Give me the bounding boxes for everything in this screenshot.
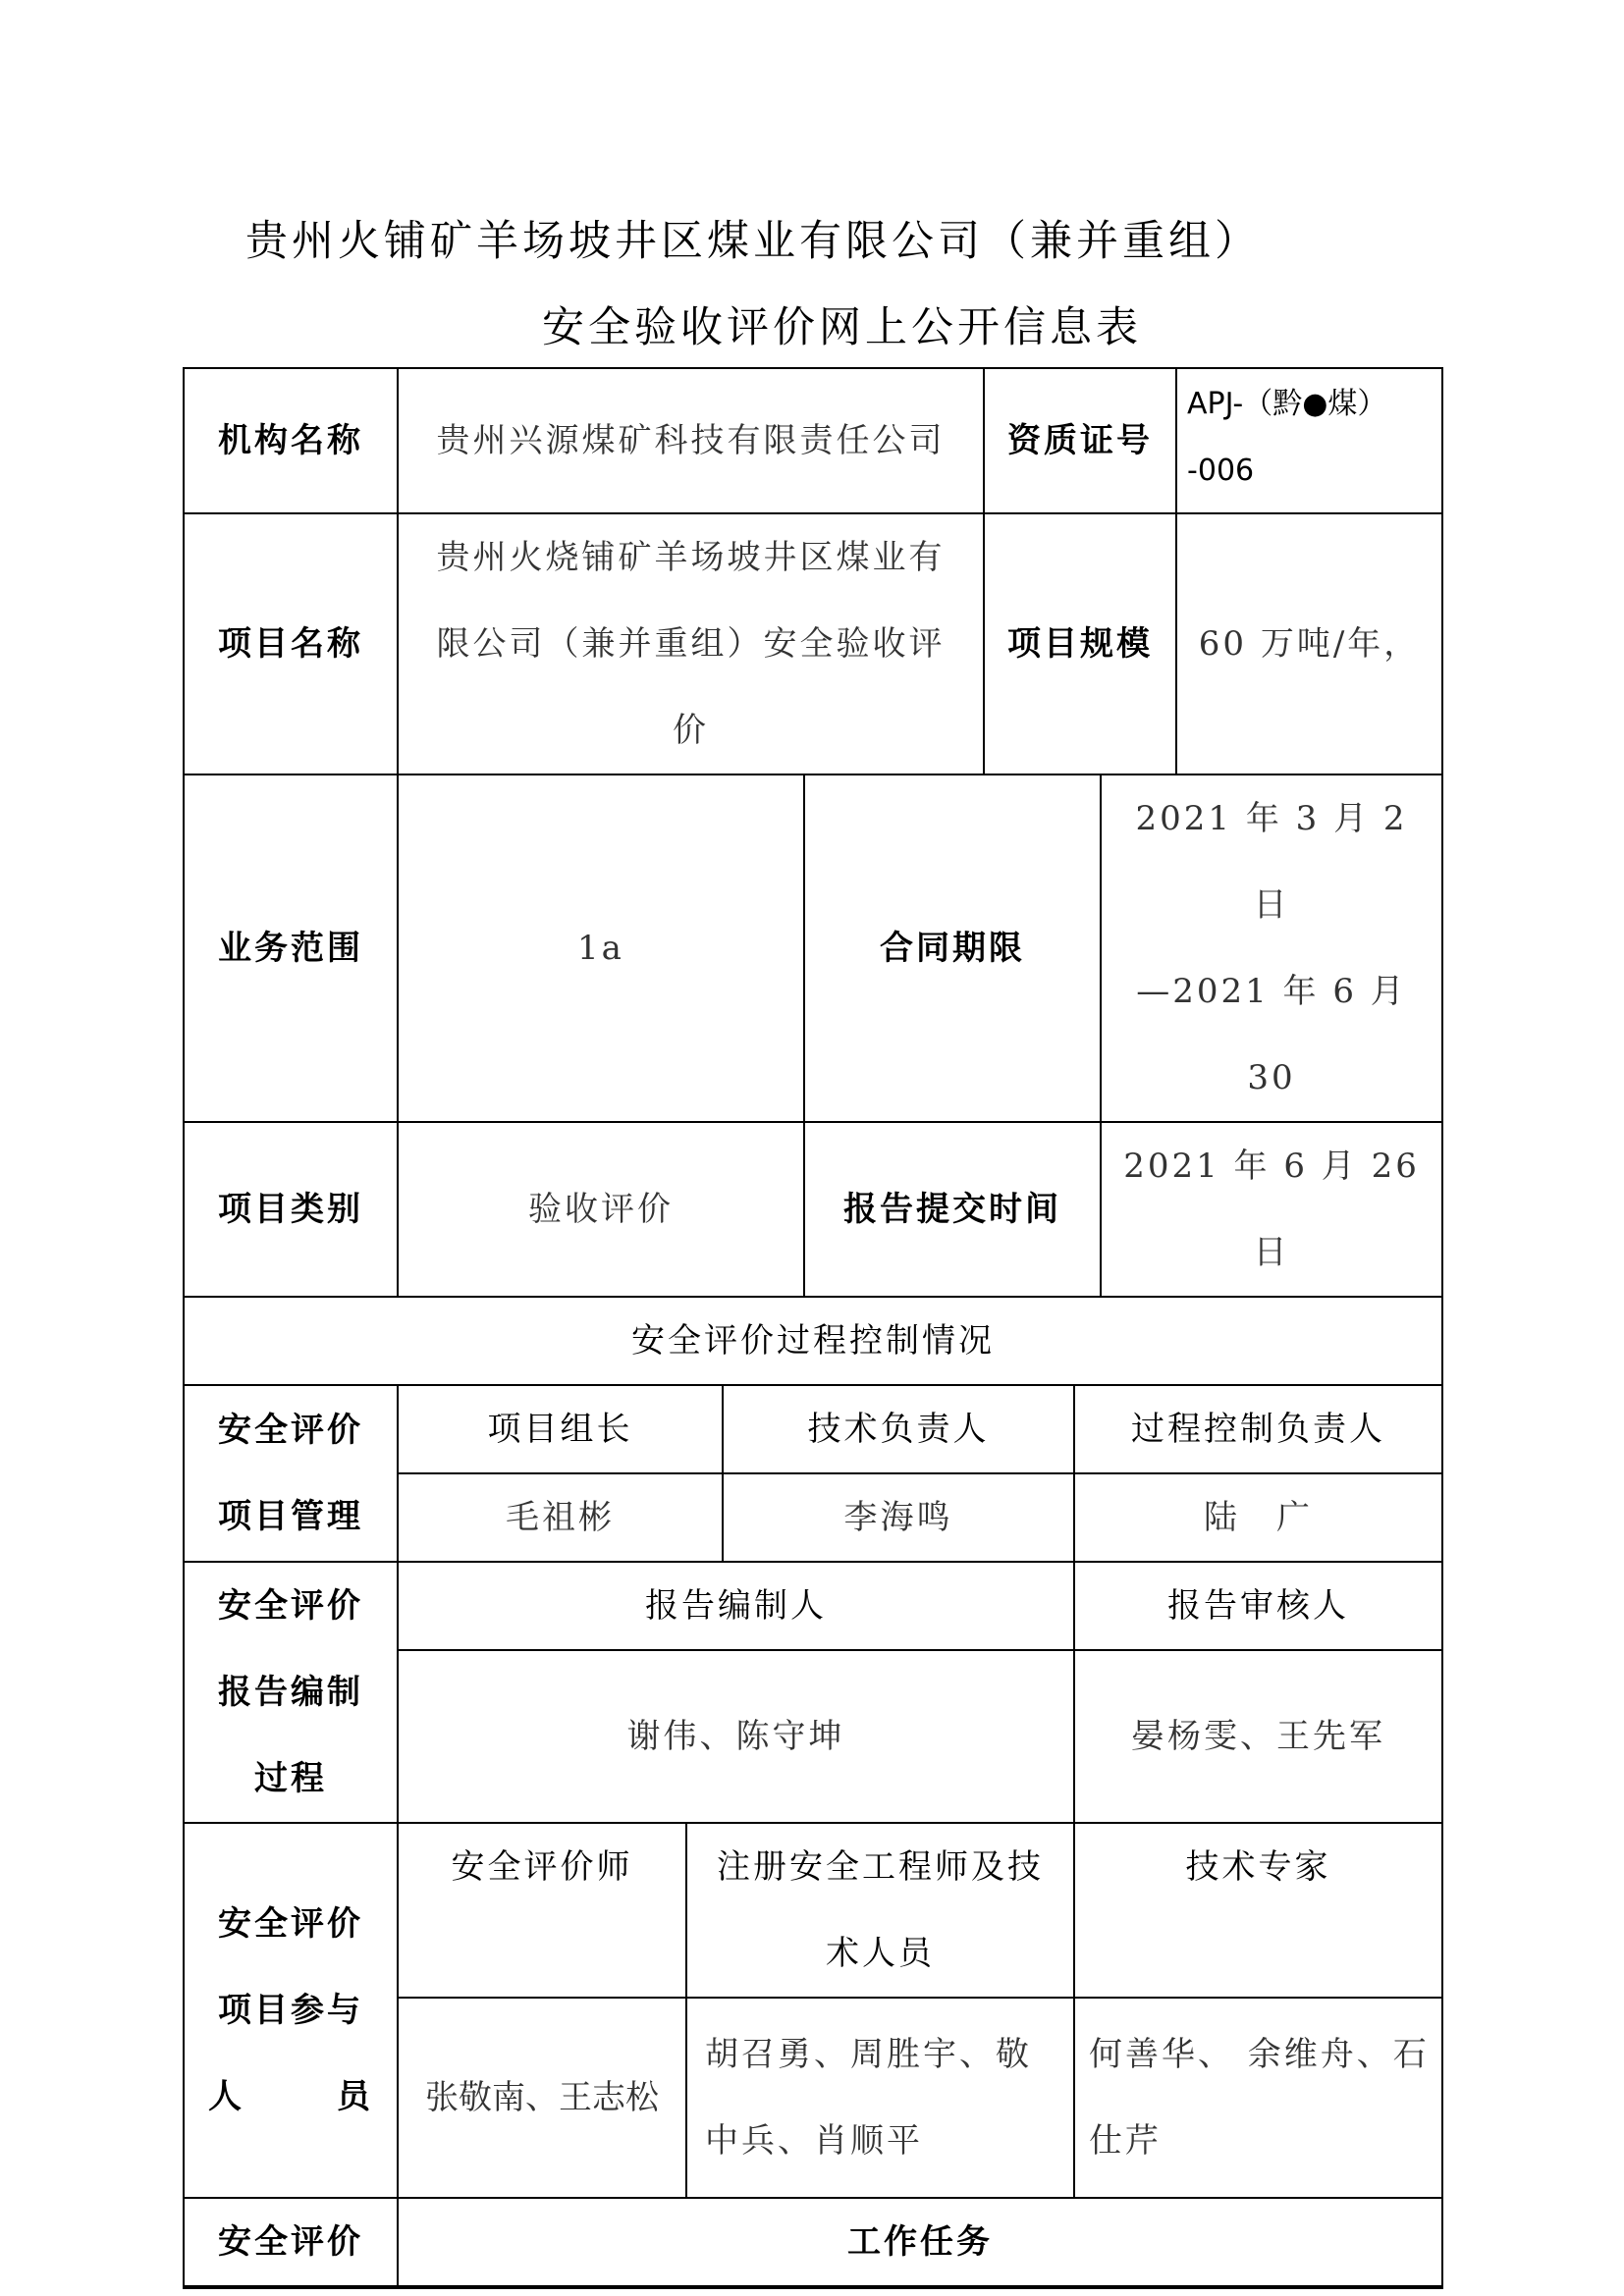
report-reviewer-value: 晏杨雯、王先军 bbox=[1074, 1650, 1442, 1823]
engineer-header-line: 注册安全工程师及技 bbox=[697, 1824, 1063, 1910]
submit-time-label: 报告提交时间 bbox=[804, 1122, 1101, 1297]
row-management-header: 安全评价 项目管理 项目组长 技术负责人 过程控制负责人 bbox=[184, 1385, 1442, 1473]
row-project-name: 项目名称 贵州火烧铺矿羊场坡井区煤业有 限公司（兼并重组）安全验收评 价 项目规… bbox=[184, 513, 1442, 774]
process-control-lead-value: 陆 广 bbox=[1074, 1473, 1442, 1562]
expert-value-line: 何善华、 余维舟、石 bbox=[1089, 2011, 1432, 2098]
project-scale-label: 项目规模 bbox=[984, 513, 1176, 774]
team-leader-header: 项目组长 bbox=[398, 1385, 723, 1473]
report-label-line: 过程 bbox=[194, 1735, 387, 1822]
document-title-line1: 贵州火铺矿羊场坡井区煤业有限公司（兼并重组） bbox=[245, 208, 1261, 268]
business-scope-value: 1a bbox=[398, 774, 804, 1122]
info-table: 机构名称 贵州兴源煤矿科技有限责任公司 资质证号 APJ-（黔●煤） -006 … bbox=[183, 367, 1443, 2289]
project-scale-value: 60 万吨/年， bbox=[1176, 513, 1442, 774]
row-project-type: 项目类别 验收评价 报告提交时间 2021 年 6 月 26 日 bbox=[184, 1122, 1442, 1297]
document-title-line2: 安全验收评价网上公开信息表 bbox=[542, 294, 1142, 354]
project-name-value: 贵州火烧铺矿羊场坡井区煤业有 限公司（兼并重组）安全验收评 价 bbox=[398, 513, 984, 774]
report-reviewer-header: 报告审核人 bbox=[1074, 1562, 1442, 1650]
expert-value: 何善华、 余维舟、石 仕芹 bbox=[1074, 1998, 1442, 2198]
project-name-label: 项目名称 bbox=[184, 513, 398, 774]
process-control-title: 安全评价过程控制情况 bbox=[184, 1297, 1442, 1385]
business-scope-label: 业务范围 bbox=[184, 774, 398, 1122]
management-label-line: 项目管理 bbox=[194, 1473, 387, 1560]
org-name-label: 机构名称 bbox=[184, 368, 398, 513]
engineer-value-line: 中兵、肖顺平 bbox=[705, 2098, 1063, 2184]
management-label: 安全评价 项目管理 bbox=[184, 1385, 398, 1562]
participants-label: 安全评价 项目参与 人 员 bbox=[184, 1823, 398, 2198]
process-control-lead-header: 过程控制负责人 bbox=[1074, 1385, 1442, 1473]
participants-label-line: 项目参与 bbox=[194, 1967, 387, 2054]
participants-label-char: 人 bbox=[208, 2054, 244, 2140]
qualification-line2: -006 bbox=[1187, 438, 1432, 505]
evaluator-header: 安全评价师 bbox=[398, 1823, 686, 1998]
participants-label-char: 员 bbox=[337, 2054, 373, 2140]
row-participants-header: 安全评价 项目参与 人 员 安全评价师 注册安全工程师及技 术人员 技术专家 bbox=[184, 1823, 1442, 1998]
qualification-line1: APJ-（黔●煤） bbox=[1187, 371, 1432, 438]
project-type-label: 项目类别 bbox=[184, 1122, 398, 1297]
report-author-header: 报告编制人 bbox=[398, 1562, 1074, 1650]
report-label-line: 安全评价 bbox=[194, 1563, 387, 1649]
participants-label-line: 安全评价 bbox=[194, 1881, 387, 1967]
project-name-line: 贵州火烧铺矿羊场坡井区煤业有 bbox=[408, 514, 973, 601]
tasks-label: 安全评价 bbox=[184, 2198, 398, 2287]
qualification-value: APJ-（黔●煤） -006 bbox=[1176, 368, 1442, 513]
report-author-value: 谢伟、陈守坤 bbox=[398, 1650, 1074, 1823]
management-label-line: 安全评价 bbox=[194, 1387, 387, 1473]
row-section-title: 安全评价过程控制情况 bbox=[184, 1297, 1442, 1385]
submit-time-value: 2021 年 6 月 26 日 bbox=[1101, 1122, 1442, 1297]
row-org: 机构名称 贵州兴源煤矿科技有限责任公司 资质证号 APJ-（黔●煤） -006 bbox=[184, 368, 1442, 513]
engineer-header-line: 术人员 bbox=[697, 1910, 1063, 1997]
engineer-value: 胡召勇、周胜宇、敬 中兵、肖顺平 bbox=[686, 1998, 1074, 2198]
engineer-header: 注册安全工程师及技 术人员 bbox=[686, 1823, 1074, 1998]
row-business-scope: 业务范围 1a 合同期限 2021 年 3 月 2 日 —2021 年 6 月 … bbox=[184, 774, 1442, 1122]
engineer-value-line: 胡召勇、周胜宇、敬 bbox=[705, 2011, 1063, 2098]
contract-period-value: 2021 年 3 月 2 日 —2021 年 6 月 30 bbox=[1101, 774, 1442, 1122]
expert-value-line: 仕芹 bbox=[1089, 2098, 1432, 2184]
contract-period-line1: 2021 年 3 月 2 日 bbox=[1111, 775, 1432, 948]
tech-lead-value: 李海鸣 bbox=[723, 1473, 1074, 1562]
contract-period-line2: —2021 年 6 月 30 bbox=[1111, 948, 1432, 1121]
project-name-line: 价 bbox=[408, 687, 973, 774]
qualification-label: 资质证号 bbox=[984, 368, 1176, 513]
row-report-header: 安全评价 报告编制 过程 报告编制人 报告审核人 bbox=[184, 1562, 1442, 1650]
report-label: 安全评价 报告编制 过程 bbox=[184, 1562, 398, 1823]
evaluator-value: 张敬南、王志松 bbox=[398, 1998, 686, 2198]
project-type-value: 验收评价 bbox=[398, 1122, 804, 1297]
org-name-value: 贵州兴源煤矿科技有限责任公司 bbox=[398, 368, 984, 513]
expert-header: 技术专家 bbox=[1074, 1823, 1442, 1998]
row-tasks: 安全评价 工作任务 bbox=[184, 2198, 1442, 2287]
contract-period-label: 合同期限 bbox=[804, 774, 1101, 1122]
team-leader-value: 毛祖彬 bbox=[398, 1473, 723, 1562]
project-name-line: 限公司（兼并重组）安全验收评 bbox=[408, 601, 973, 687]
tasks-header: 工作任务 bbox=[398, 2198, 1442, 2287]
tech-lead-header: 技术负责人 bbox=[723, 1385, 1074, 1473]
report-label-line: 报告编制 bbox=[194, 1649, 387, 1735]
